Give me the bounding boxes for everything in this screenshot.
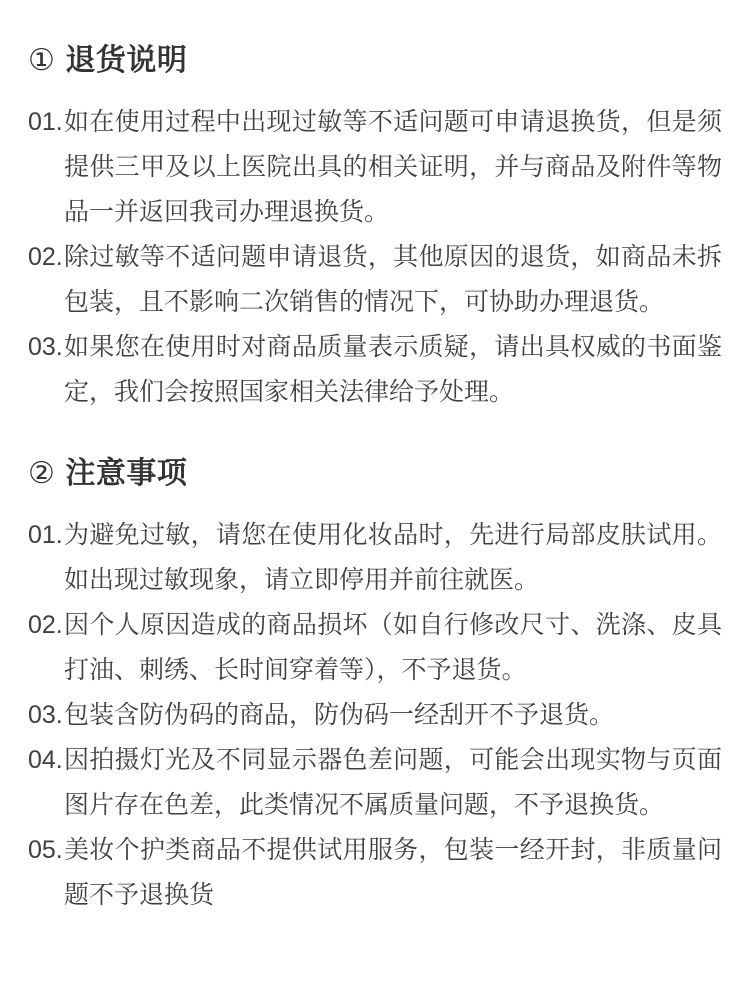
circled-number-2-icon: ② [28,457,55,490]
notes-list: 01. 为避免过敏，请您在使用化妆品时，先进行局部皮肤试用。如出现过敏现象，请立… [28,513,722,918]
list-item-text: 美妆个护类商品不提供试用服务，包装一经开封，非质量问题不予退换货 [64,828,722,918]
list-item-number: 03. [28,325,64,370]
list-item: 04. 因拍摄灯光及不同显示器色差问题，可能会出现实物与页面图片存在色差，此类情… [28,738,722,828]
list-item: 03. 包装含防伪码的商品，防伪码一经刮开不予退货。 [28,693,722,738]
section-notes: ②注意事项 01. 为避免过敏，请您在使用化妆品时，先进行局部皮肤试用。如出现过… [28,455,722,918]
section-title-text: 退货说明 [65,44,187,77]
list-item: 01. 为避免过敏，请您在使用化妆品时，先进行局部皮肤试用。如出现过敏现象，请立… [28,513,722,603]
list-item-number: 02. [28,603,64,648]
circled-number-1-icon: ① [28,44,55,77]
list-item: 03. 如果您在使用时对商品质量表示质疑，请出具权威的书面鉴定，我们会按照国家相… [28,325,722,415]
list-item: 02. 除过敏等不适问题申请退货，其他原因的退货，如商品未拆包装，且不影响二次销… [28,235,722,325]
list-item-text: 为避免过敏，请您在使用化妆品时，先进行局部皮肤试用。如出现过敏现象，请立即停用并… [64,513,722,603]
list-item-number: 03. [28,693,64,738]
list-item-text: 包装含防伪码的商品，防伪码一经刮开不予退货。 [64,693,722,738]
section-title: ②注意事项 [28,455,722,493]
return-instructions-list: 01. 如在使用过程中出现过敏等不适问题可申请退换货，但是须提供三甲及以上医院出… [28,100,722,415]
list-item: 05. 美妆个护类商品不提供试用服务，包装一经开封，非质量问题不予退换货 [28,828,722,918]
list-item: 01. 如在使用过程中出现过敏等不适问题可申请退换货，但是须提供三甲及以上医院出… [28,100,722,235]
list-item-number: 04. [28,738,64,783]
list-item-text: 如在使用过程中出现过敏等不适问题可申请退换货，但是须提供三甲及以上医院出具的相关… [64,100,722,235]
list-item-number: 01. [28,100,64,145]
list-item-number: 02. [28,235,64,280]
list-item-number: 01. [28,513,64,558]
section-return-instructions: ①退货说明 01. 如在使用过程中出现过敏等不适问题可申请退换货，但是须提供三甲… [28,42,722,415]
list-item-text: 如果您在使用时对商品质量表示质疑，请出具权威的书面鉴定，我们会按照国家相关法律给… [64,325,722,415]
returns-policy-page: ①退货说明 01. 如在使用过程中出现过敏等不适问题可申请退换货，但是须提供三甲… [0,0,750,1008]
list-item: 02. 因个人原因造成的商品损坏（如自行修改尺寸、洗涤、皮具打油、刺绣、长时间穿… [28,603,722,693]
section-title: ①退货说明 [28,42,722,80]
list-item-text: 因拍摄灯光及不同显示器色差问题，可能会出现实物与页面图片存在色差，此类情况不属质… [64,738,722,828]
list-item-number: 05. [28,828,64,873]
section-title-text: 注意事项 [65,457,187,490]
list-item-text: 因个人原因造成的商品损坏（如自行修改尺寸、洗涤、皮具打油、刺绣、长时间穿着等），… [64,603,722,693]
list-item-text: 除过敏等不适问题申请退货，其他原因的退货，如商品未拆包装，且不影响二次销售的情况… [64,235,722,325]
